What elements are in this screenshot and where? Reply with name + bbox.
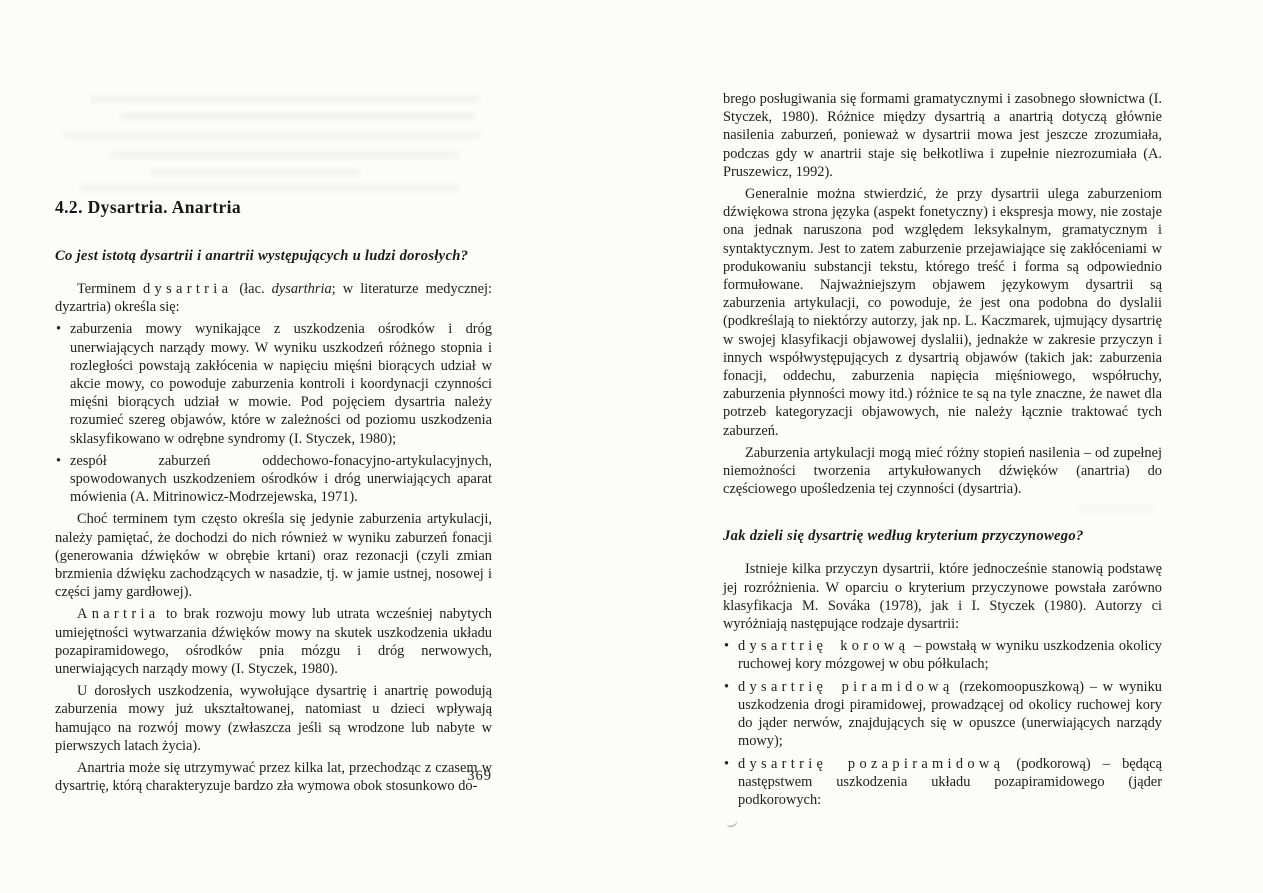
bleedthrough-artifact — [150, 168, 360, 176]
bullet-item: •dysartrię korową – powstałą w wyniku us… — [723, 637, 1162, 673]
text-run: dysartrię pozapiramidową — [738, 756, 1004, 772]
text-run: Co jest istotą dysartrii i anartrii wyst… — [55, 248, 468, 264]
bullet-marker: • — [724, 678, 729, 696]
bleedthrough-artifact — [90, 95, 480, 103]
paragraph: Terminem dysartria (łac. dysarthria; w l… — [55, 280, 492, 316]
text-run: dysarthria — [272, 281, 332, 297]
text-run: dysartria — [143, 281, 232, 297]
text-run: U dorosłych uszkodzenia, wywołujące dysa… — [55, 683, 492, 754]
text-run: Generalnie można stwierdzić, że przy dys… — [723, 186, 1162, 439]
question-heading: Co jest istotą dysartrii i anartrii wyst… — [55, 248, 492, 265]
text-run: dysartrię piramidową — [738, 679, 954, 695]
page-left-content: 4.2. Dysartria. AnartriaCo jest istotą d… — [55, 197, 492, 795]
text-run: brego posługiwania się formami gramatycz… — [723, 91, 1162, 180]
paragraph: Choć terminem tym często określa się jed… — [55, 510, 492, 601]
text-run: 4.2. Dysartria. Anartria — [55, 197, 241, 217]
bullet-item: •zespół zaburzeń oddechowo-fonacyjno-art… — [55, 452, 492, 507]
page-left: 4.2. Dysartria. AnartriaCo jest istotą d… — [0, 0, 631, 893]
question-heading: Jak dzieli się dysartrię według kryteriu… — [723, 528, 1162, 545]
bullet-item: •dysartrię piramidową (rzekomoopuszkową)… — [723, 678, 1162, 751]
section-heading: 4.2. Dysartria. Anartria — [55, 197, 492, 218]
bleedthrough-artifact — [110, 150, 460, 159]
text-run: dysartrię korową — [738, 638, 909, 654]
text-run: (łac. — [232, 281, 271, 297]
bleedthrough-artifact — [120, 112, 475, 121]
paragraph: brego posługiwania się formami gramatycz… — [723, 90, 1162, 181]
bullet-marker: • — [56, 320, 61, 338]
bullet-marker: • — [56, 452, 61, 470]
page-number-left: 369 — [55, 768, 492, 785]
bullet-marker: • — [724, 637, 729, 655]
bleedthrough-artifact — [80, 184, 460, 192]
text-run: Zaburzenia artykulacji mogą mieć różny s… — [723, 445, 1162, 497]
text-run: zespół zaburzeń oddechowo-fonacyjno-arty… — [70, 453, 492, 505]
text-run: Anartria — [77, 606, 160, 622]
paragraph: Istnieje kilka przyczyn dysartrii, które… — [723, 560, 1162, 633]
paragraph: Anartria to brak rozwoju mowy lub utrata… — [55, 605, 492, 678]
paragraph: Generalnie można stwierdzić, że przy dys… — [723, 185, 1162, 440]
bullet-item: •zaburzenia mowy wynikające z uszkodzeni… — [55, 320, 492, 447]
bullet-marker: • — [724, 755, 729, 773]
page-right-content: brego posługiwania się formami gramatycz… — [723, 86, 1162, 809]
text-run: zaburzenia mowy wynikające z uszkodzenia… — [70, 321, 492, 446]
bullet-item: •dysartrię pozapiramidową (podkorową) – … — [723, 755, 1162, 810]
paragraph: Zaburzenia artykulacji mogą mieć różny s… — [723, 444, 1162, 499]
page-right: brego posługiwania się formami gramatycz… — [631, 0, 1263, 893]
paragraph: U dorosłych uszkodzenia, wywołujące dysa… — [55, 682, 492, 755]
text-run: Terminem — [77, 281, 143, 297]
text-run: Istnieje kilka przyczyn dysartrii, które… — [723, 561, 1162, 632]
text-run: Jak dzieli się dysartrię według kryteriu… — [723, 528, 1084, 544]
text-run: Choć terminem tym często określa się jed… — [55, 511, 492, 600]
bleedthrough-artifact — [62, 131, 482, 139]
